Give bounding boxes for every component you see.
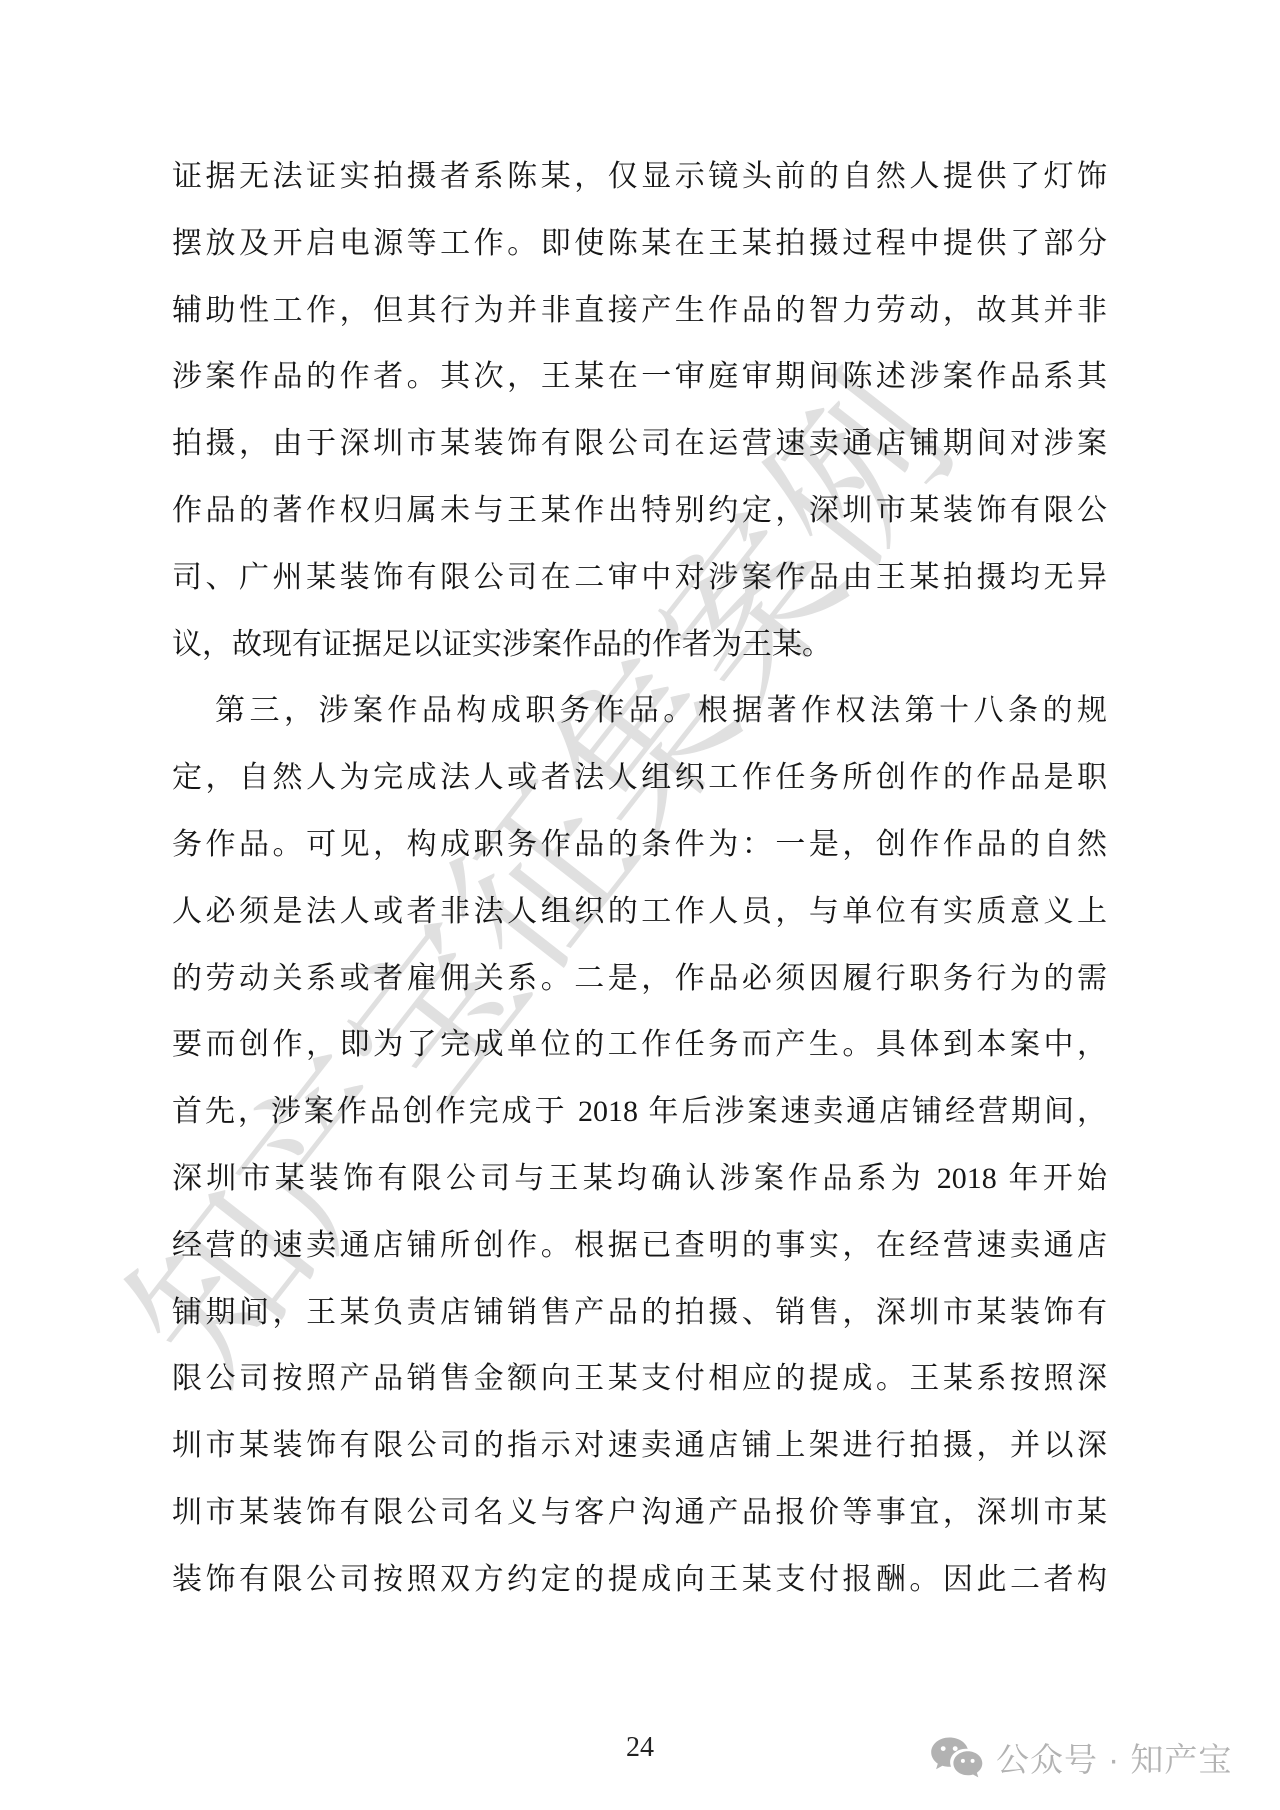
wechat-icon	[930, 1736, 984, 1780]
document-line: 铺期间，王某负责店铺销售产品的拍摄、销售，深圳市某装饰有	[172, 1280, 1107, 1347]
document-line: 经营的速卖通店铺所创作。根据已查明的事实，在经营速卖通店	[172, 1213, 1107, 1280]
document-line: 第三，涉案作品构成职务作品。根据著作权法第十八条的规	[172, 678, 1107, 745]
document-line: 深圳市某装饰有限公司与王某均确认涉案作品系为 2018 年开始	[172, 1146, 1107, 1213]
document-line: 限公司按照产品销售金额向王某支付相应的提成。王某系按照深	[172, 1346, 1107, 1413]
document-line: 定，自然人为完成法人或者法人组织工作任务所创作的作品是职	[172, 745, 1107, 812]
document-line: 司、广州某装饰有限公司在二审中对涉案作品由王某拍摄均无异	[172, 545, 1107, 612]
document-page: { "page": { "number": "24" }, "watermark…	[0, 0, 1280, 1810]
document-line: 的劳动关系或者雇佣关系。二是，作品必须因履行职务行为的需	[172, 946, 1107, 1013]
document-line: 装饰有限公司按照双方约定的提成向王某支付报酬。因此二者构	[172, 1547, 1107, 1614]
brand-footer: 公众号 · 知产宝	[930, 1734, 1232, 1781]
document-line: 首先，涉案作品创作完成于 2018 年后涉案速卖通店铺经营期间，	[172, 1079, 1107, 1146]
document-line: 作品的著作权归属未与王某作出特别约定，深圳市某装饰有限公	[172, 478, 1107, 545]
brand-footer-text: 公众号 · 知产宝	[996, 1734, 1232, 1781]
document-line: 要而创作，即为了完成单位的工作任务而产生。具体到本案中，	[172, 1012, 1107, 1079]
document-lines: 证据无法证实拍摄者系陈某，仅显示镜头前的自然人提供了灯饰摆放及开启电源等工作。即…	[172, 144, 1107, 1614]
document-line: 务作品。可见，构成职务作品的条件为：一是，创作作品的自然	[172, 812, 1107, 879]
document-line: 摆放及开启电源等工作。即使陈某在王某拍摄过程中提供了部分	[172, 211, 1107, 278]
document-line: 圳市某装饰有限公司的指示对速卖通店铺上架进行拍摄，并以深	[172, 1413, 1107, 1480]
document-line: 涉案作品的作者。其次，王某在一审庭审期间陈述涉案作品系其	[172, 344, 1107, 411]
document-line: 拍摄，由于深圳市某装饰有限公司在运营速卖通店铺期间对涉案	[172, 411, 1107, 478]
document-line: 人必须是法人或者非法人组织的工作人员，与单位有实质意义上	[172, 879, 1107, 946]
document-line: 圳市某装饰有限公司名义与客户沟通产品报价等事宜，深圳市某	[172, 1480, 1107, 1547]
document-line: 议，故现有证据足以证实涉案作品的作者为王某。	[172, 612, 1107, 679]
document-line: 辅助性工作，但其行为并非直接产生作品的智力劳动，故其并非	[172, 278, 1107, 345]
document-line: 证据无法证实拍摄者系陈某，仅显示镜头前的自然人提供了灯饰	[172, 144, 1107, 211]
